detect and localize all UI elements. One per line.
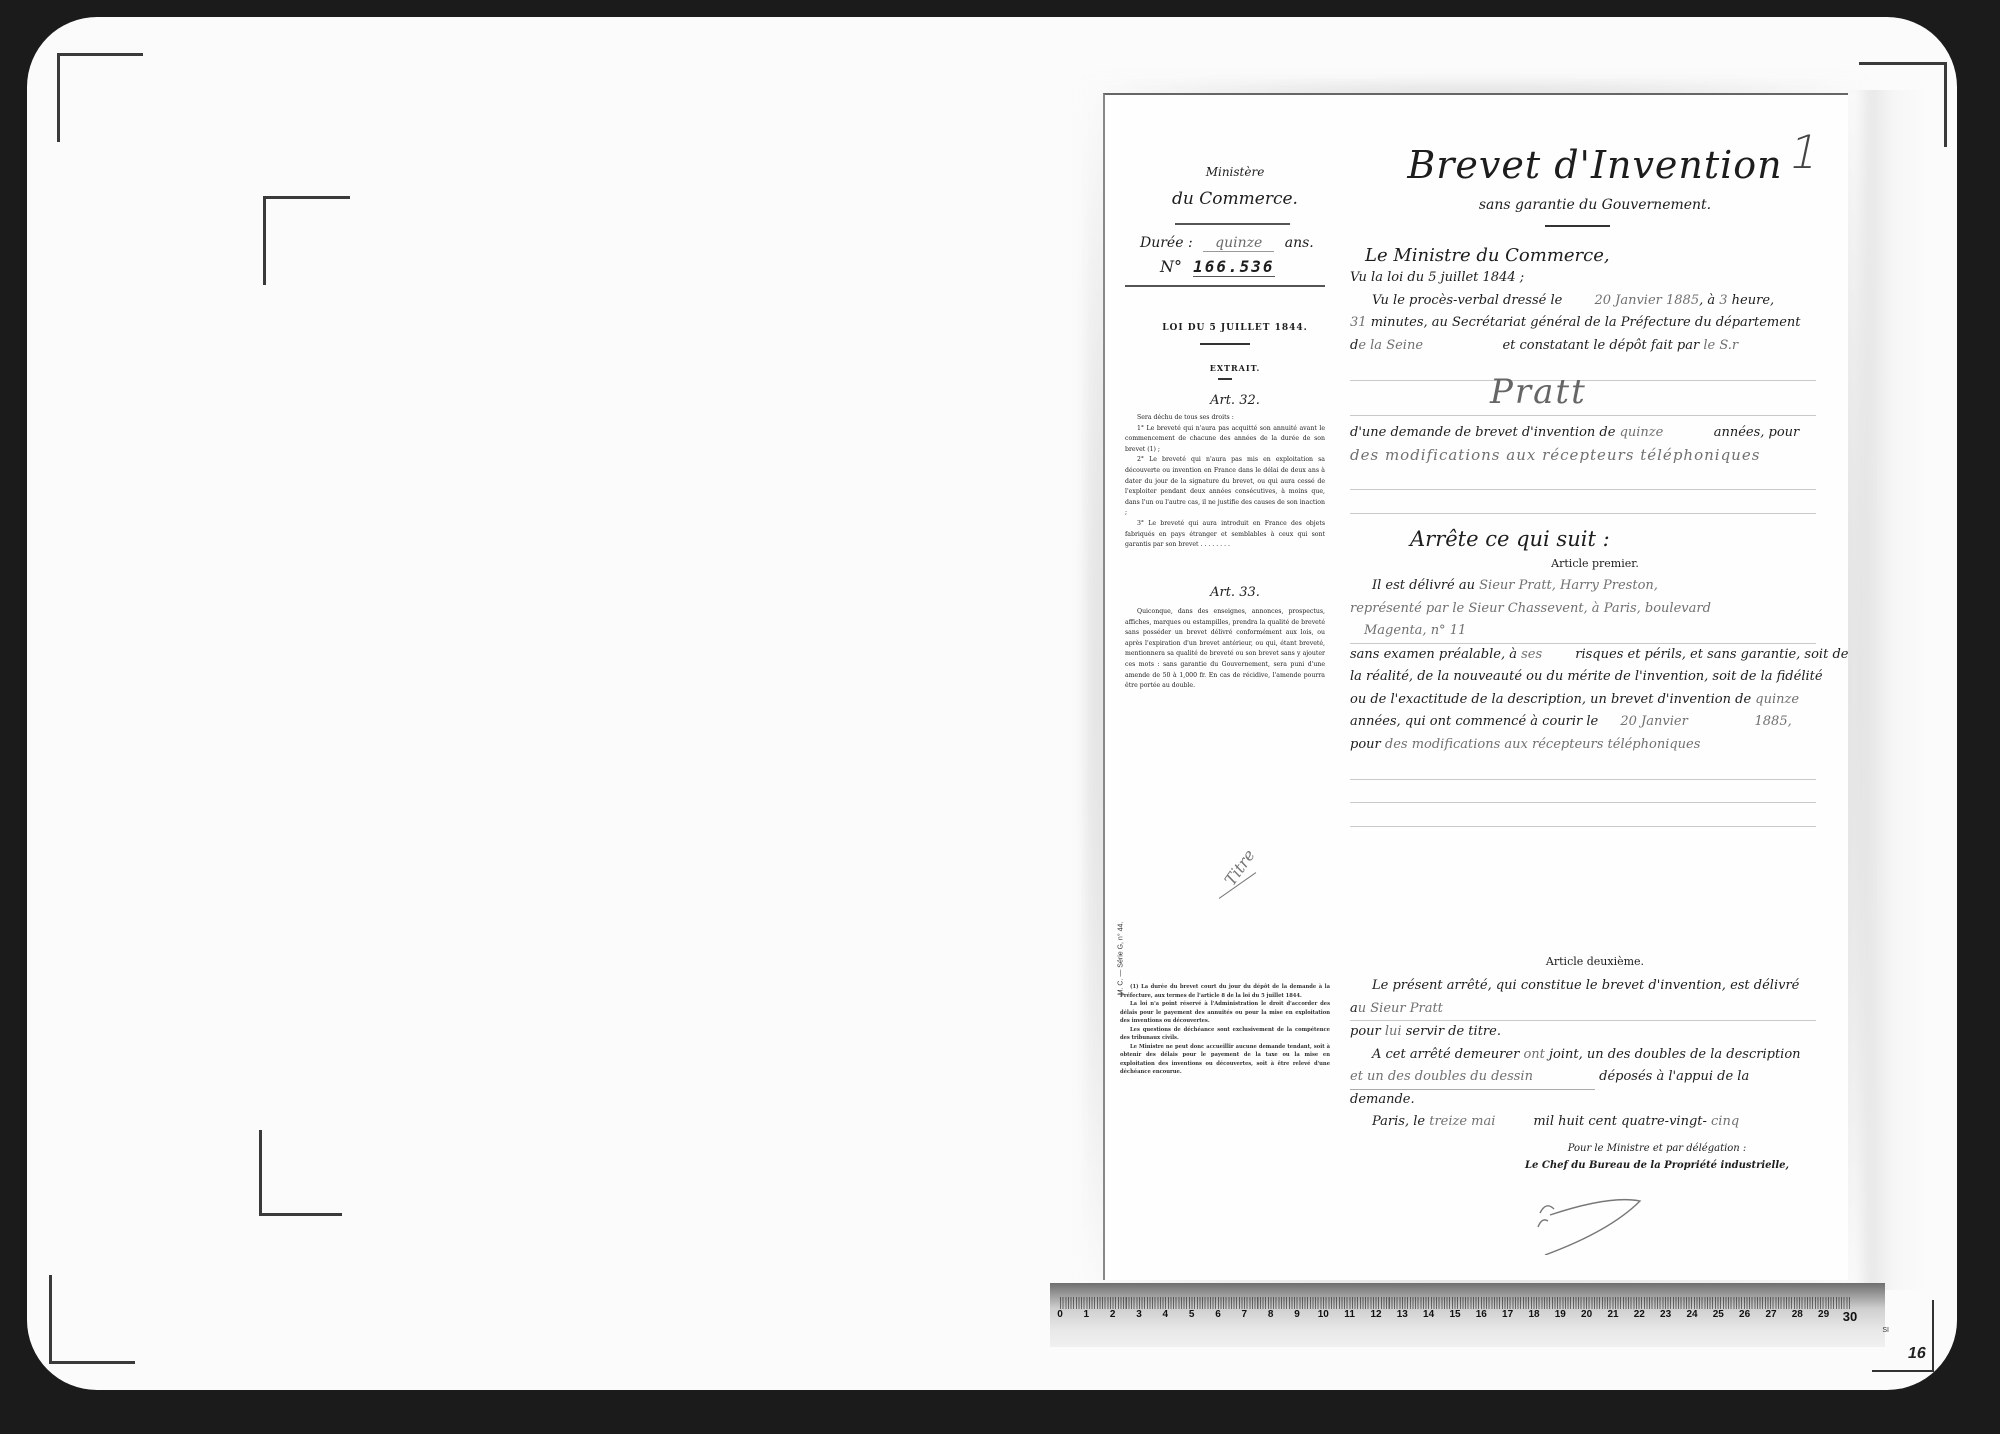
body-line: ou de l'exactitude de la description, un…	[1350, 689, 1830, 712]
representative: représenté par le Sieur Chassevent, à Pa…	[1350, 601, 1711, 616]
patent-number-field: N° 166.536	[1160, 257, 1275, 276]
footnote-paragraph: Le Ministre ne peut donc accueillir aucu…	[1120, 1043, 1330, 1077]
footnote-paragraph: La loi n'a point réservé à l'Administrat…	[1120, 1000, 1330, 1026]
ruler-label: 9	[1294, 1309, 1300, 1320]
duration-label: Durée :	[1140, 235, 1193, 251]
ministry-label: Ministère	[1120, 165, 1350, 179]
patent-document-page: Ministère du Commerce. Durée : quinze an…	[1103, 93, 1848, 1280]
crop-mark-outer-bottom-left	[49, 1275, 135, 1364]
footnote-paragraph: (1) La durée du brevet court du jour du …	[1120, 983, 1330, 1000]
ruler-label: 8	[1268, 1309, 1274, 1320]
crop-mark-outer-top-left	[57, 53, 143, 142]
ruler-labels: 0 1 2 3 4 5 6 7 8 9 10 11 12 13 14 15 16…	[1050, 1309, 1870, 1325]
static-text: A cet arrêté demeurer	[1372, 1047, 1519, 1062]
ministry-name: du Commerce.	[1120, 189, 1350, 209]
static-text: servir de titre.	[1406, 1024, 1501, 1039]
preamble: Vu la loi du 5 juillet 1844 ; Vu le proc…	[1350, 267, 1830, 514]
blank-line	[1350, 803, 1816, 827]
ruler-ticks	[1060, 1297, 1850, 1309]
body-line: Magenta, n° 11	[1350, 620, 1816, 644]
static-text: heure,	[1732, 293, 1774, 308]
body-line: la réalité, de la nouveauté ou du mérite…	[1350, 666, 1830, 689]
ruler-label: 18	[1528, 1309, 1539, 1320]
static-text: mil huit cent quatre-vingt-	[1533, 1114, 1707, 1129]
article-1-body: Il est délivré au Sieur Pratt, Harry Pre…	[1350, 575, 1830, 827]
duration-field: Durée : quinze ans.	[1140, 235, 1350, 251]
body-line: 31 minutes, au Secrétariat général de la…	[1350, 312, 1830, 335]
ruler-label: 29	[1818, 1309, 1829, 1320]
law-paragraph: Sera déchu de tous ses droits :	[1125, 413, 1325, 424]
footnotes: (1) La durée du brevet court du jour du …	[1120, 983, 1330, 1077]
ruler-label: 7	[1242, 1309, 1248, 1320]
ruler-label: 17	[1502, 1309, 1513, 1320]
delegation-line: Pour le Ministre et par délégation :	[1525, 1143, 1789, 1154]
static-text: années, pour	[1714, 425, 1800, 440]
static-text: déposés à l'appui de la	[1599, 1069, 1749, 1084]
static-text: Paris, le	[1372, 1114, 1425, 1129]
grantee-name: Sieur Pratt, Harry Preston,	[1479, 578, 1658, 593]
filing-minutes: 31	[1350, 315, 1367, 330]
ruler-label: 4	[1163, 1309, 1169, 1320]
law-paragraph: 3° Le breveté qui aura introduit en Fran…	[1125, 519, 1325, 551]
grantee-short: u Sieur Pratt	[1358, 1001, 1443, 1016]
ruler-label: 2	[1110, 1309, 1116, 1320]
number-label: N°	[1160, 257, 1182, 276]
ruler-label: 28	[1792, 1309, 1803, 1320]
left-column: Ministère du Commerce. Durée : quinze an…	[1120, 95, 1350, 1280]
crop-mark-inner-bottom-left	[259, 1130, 342, 1216]
body-line: Vu le procès-verbal dressé le 20 Janvier…	[1350, 290, 1830, 313]
static-text: Il est délivré au	[1372, 578, 1475, 593]
ruler-label: 6	[1215, 1309, 1221, 1320]
body-line: de la Seine et constatant le dépôt fait …	[1350, 335, 1830, 358]
ruler-label: 16	[1476, 1309, 1487, 1320]
body-line: A cet arrêté demeurer ont joint, un des …	[1350, 1044, 1830, 1067]
body-line: représenté par le Sieur Chassevent, à Pa…	[1350, 598, 1830, 621]
crop-mark-inner-top-left	[263, 196, 350, 285]
static-text: Le présent arrêté, qui constitue le brev…	[1372, 978, 1799, 993]
static-text: minutes, au Secrétariat général de la Pr…	[1371, 315, 1801, 330]
static-text: demande.	[1350, 1092, 1415, 1107]
body-line: et un des doubles du dessin déposés à l'…	[1350, 1066, 1830, 1089]
law-paragraph: 2° Le breveté qui n'aura pas mis en expl…	[1125, 455, 1325, 519]
static-text: , à	[1699, 293, 1715, 308]
article-33-text: Quiconque, dans des enseignes, annonces,…	[1125, 607, 1325, 692]
start-year: 1885,	[1755, 714, 1792, 729]
risk-holder: ses	[1521, 644, 1571, 667]
applicant-name: Pratt	[1490, 372, 1587, 412]
depositor-title: le S.r	[1703, 338, 1738, 353]
ruler-label: 13	[1397, 1309, 1408, 1320]
blank-line	[1350, 756, 1816, 780]
ruler-label: 25	[1713, 1309, 1724, 1320]
blank-line	[1350, 780, 1816, 804]
divider	[1218, 378, 1232, 380]
ruler-label: 3	[1136, 1309, 1142, 1320]
divider	[1200, 343, 1250, 345]
footnote-paragraph: Les questions de déchéance sont exclusiv…	[1120, 1026, 1330, 1043]
body-line: pour lui servir de titre.	[1350, 1021, 1830, 1044]
ruler-label: 19	[1555, 1309, 1566, 1320]
ruler-label: 12	[1370, 1309, 1381, 1320]
static-text: pour	[1350, 1024, 1381, 1039]
signatory-title: Le Chef du Bureau de la Propriété indust…	[1525, 1160, 1789, 1171]
static-text: et constatant le dépôt fait par	[1502, 338, 1699, 353]
scan-page-number: 16	[1906, 1345, 1927, 1363]
law-paragraph: 1° Le breveté qui n'aura pas acquitté so…	[1125, 424, 1325, 456]
article-33-title: Art. 33.	[1120, 585, 1350, 600]
body-line: années, qui ont commencé à courir le 20 …	[1350, 711, 1830, 734]
ruler-label: 15	[1449, 1309, 1460, 1320]
patent-number: 166.536	[1193, 257, 1274, 277]
ruler-label: 23	[1660, 1309, 1671, 1320]
static-text: Vu le procès-verbal dressé le	[1372, 293, 1562, 308]
excerpt-label: EXTRAIT.	[1120, 363, 1350, 373]
law-paragraph: Quiconque, dans des enseignes, annonces,…	[1125, 607, 1325, 692]
article-32-title: Art. 32.	[1120, 393, 1350, 408]
body-line: sans examen préalable, à ses risques et …	[1350, 644, 1830, 667]
ruler-label: 26	[1739, 1309, 1750, 1320]
body-line: des modifications aux récepteurs télépho…	[1350, 444, 1830, 467]
article-2-title: Article deuxième.	[1350, 955, 1840, 968]
static-text: joint, un des doubles de la description	[1549, 1047, 1801, 1062]
body-line: Le présent arrêté, qui constitue le brev…	[1350, 975, 1830, 998]
body-line: pour des modifications aux récepteurs té…	[1350, 734, 1830, 757]
ruler-label: 0	[1057, 1309, 1063, 1320]
body-line: au Sieur Pratt	[1350, 998, 1816, 1022]
requested-duration: quinze	[1620, 422, 1710, 445]
ruler-label: 5	[1189, 1309, 1195, 1320]
blank-line	[1350, 467, 1816, 491]
document-title: Brevet d'Invention	[1350, 143, 1840, 187]
filing-hour: 3	[1719, 293, 1727, 308]
ruler-label: 30	[1843, 1309, 1857, 1324]
body-line: Vu la loi du 5 juillet 1844 ;	[1350, 267, 1830, 290]
static-text: d	[1350, 338, 1358, 353]
granted-duration: quinze	[1755, 692, 1799, 707]
verb-ending: ont	[1523, 1047, 1544, 1062]
decree-heading: Arrête ce qui suit :	[1410, 527, 1610, 551]
ornamental-divider	[1175, 223, 1290, 225]
issue-year-fill: cinq	[1711, 1114, 1739, 1129]
signature-flourish	[1530, 1195, 1650, 1255]
duration-value: quinze	[1203, 235, 1274, 252]
static-text: sans examen préalable, à	[1350, 647, 1517, 662]
ruler-label: 27	[1765, 1309, 1776, 1320]
body-line: d'une demande de brevet d'invention de q…	[1350, 422, 1830, 445]
body-line: Pratt	[1350, 381, 1816, 416]
static-text: d'une demande de brevet d'invention de	[1350, 425, 1615, 440]
ruler-label: 10	[1318, 1309, 1329, 1320]
ruler-label: 11	[1344, 1309, 1355, 1320]
ruler-label: 1	[1084, 1309, 1090, 1320]
representative-address: Magenta, n° 11	[1350, 623, 1466, 638]
law-reference: Vu la loi du 5 juillet 1844 ;	[1350, 270, 1524, 285]
invention-subject: des modifications aux récepteurs télépho…	[1385, 737, 1701, 752]
invention-subject: des modifications aux récepteurs télépho…	[1350, 446, 1760, 464]
static-text: a	[1350, 1001, 1358, 1016]
static-text: la réalité, de la nouveauté ou du mérite…	[1350, 669, 1823, 684]
beneficiary-pronoun: lui	[1385, 1024, 1402, 1039]
law-title: LOI DU 5 JUILLET 1844.	[1120, 323, 1350, 333]
static-text: pour	[1350, 737, 1381, 752]
ornamental-divider	[1545, 225, 1610, 227]
article-32-text: Sera déchu de tous ses droits : 1° Le br…	[1125, 413, 1325, 551]
ruler-label: 21	[1607, 1309, 1618, 1320]
divider	[1125, 285, 1325, 287]
attachments: et un des doubles du dessin	[1350, 1066, 1595, 1090]
right-column: Brevet d'Invention 1 sans garantie du Go…	[1350, 95, 1840, 1280]
ruler-label: 24	[1686, 1309, 1697, 1320]
start-date: 20 Janvier	[1620, 711, 1750, 734]
filing-date: 20 Janvier 1885	[1594, 293, 1699, 308]
signature-block: Pour le Ministre et par délégation : Le …	[1525, 1143, 1789, 1171]
ruler-label: 14	[1423, 1309, 1434, 1320]
issue-date: treize mai	[1429, 1111, 1529, 1134]
blank-line	[1350, 490, 1816, 514]
document-subtitle: sans garantie du Gouvernement.	[1350, 197, 1840, 213]
article-2-body: Le présent arrêté, qui constitue le brev…	[1350, 975, 1830, 1134]
department-value: e la Seine	[1358, 335, 1498, 358]
body-line: Il est délivré au Sieur Pratt, Harry Pre…	[1350, 575, 1830, 598]
minister-heading: Le Ministre du Commerce,	[1365, 245, 1610, 266]
measurement-ruler: 0 1 2 3 4 5 6 7 8 9 10 11 12 13 14 15 16…	[1050, 1283, 1885, 1347]
ruler-label: 20	[1581, 1309, 1592, 1320]
body-line: demande.	[1350, 1089, 1830, 1112]
crop-mark-outer-top-right	[1859, 62, 1947, 147]
duration-unit: ans.	[1285, 235, 1314, 251]
article-1-title: Article premier.	[1350, 557, 1840, 570]
static-text: ou de l'exactitude de la description, un…	[1350, 692, 1751, 707]
static-text: années, qui ont commencé à courir le	[1350, 714, 1598, 729]
body-line: Paris, le treize mai mil huit cent quatr…	[1350, 1111, 1830, 1134]
ruler-label: 22	[1634, 1309, 1645, 1320]
static-text: risques et périls, et sans garantie, soi…	[1575, 647, 1848, 662]
